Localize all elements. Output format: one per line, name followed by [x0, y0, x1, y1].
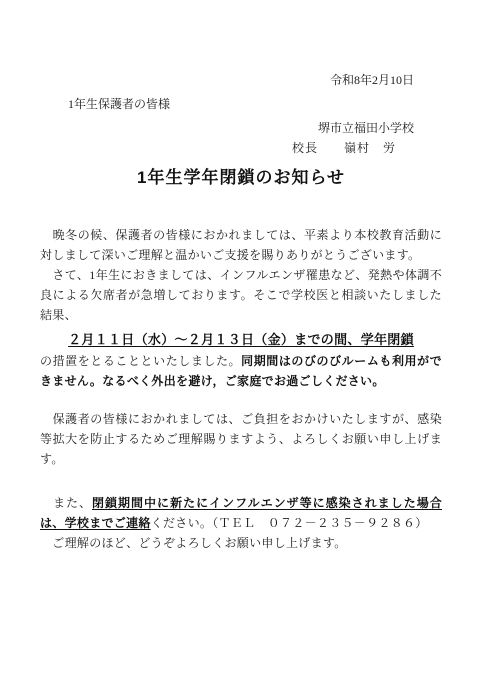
addressee-text: 1年生保護者の皆様 — [40, 94, 442, 114]
closure-period-text: ２月１１日（水）～２月１３日（金）までの間、学年閉鎖 — [68, 332, 414, 347]
contact-suffix-text: ください。（ＴＥＬ ０７２－２３５－９２８６） — [151, 516, 428, 530]
contact-prefix-text: また、 — [40, 496, 92, 510]
notice-title: 1年生学年閉鎖のお知らせ — [40, 166, 442, 190]
paragraph-contact: また、閉鎖期間中に新たにインフルエンザ等に感染されました場合は、学校までご連絡く… — [40, 493, 442, 533]
notice-body: 晩冬の候、保護者の皆様におかれましては、平素より本校教育活動に対しまして深いご理… — [40, 225, 442, 553]
school-name-text: 堺市立福田小学校 — [40, 118, 442, 138]
paragraph-greeting: 晩冬の候、保護者の皆様におかれましては、平素より本校教育活動に対しまして深いご理… — [40, 225, 442, 265]
paragraph-request: 保護者の皆様におかれましては、ご負担をおかけいたしますが、感染等拡大を防止するた… — [40, 409, 442, 469]
principal-name-text: 校長 嶺村 労 — [40, 138, 442, 158]
paragraph-measure: の措置をとることといたしました。同期間はのびのびルームも利用ができません。なるべ… — [40, 351, 442, 391]
paragraph-situation: さて、1年生におきましては、インフルエンザ罹患など、発熱や体調不良による欠席者が… — [40, 265, 442, 325]
notice-page: 令和8年2月10日 1年生保護者の皆様 堺市立福田小学校 校長 嶺村 労 1年生… — [0, 0, 480, 679]
closure-period-line: ２月１１日（水）～２月１３日（金）までの間、学年閉鎖 — [40, 329, 442, 351]
date-text: 令和8年2月10日 — [40, 70, 442, 90]
paragraph-closing: ご理解のほど、どうぞよろしくお願い申し上げます。 — [40, 533, 442, 553]
measure-normal-text: の措置をとることといたしました。 — [40, 354, 241, 368]
